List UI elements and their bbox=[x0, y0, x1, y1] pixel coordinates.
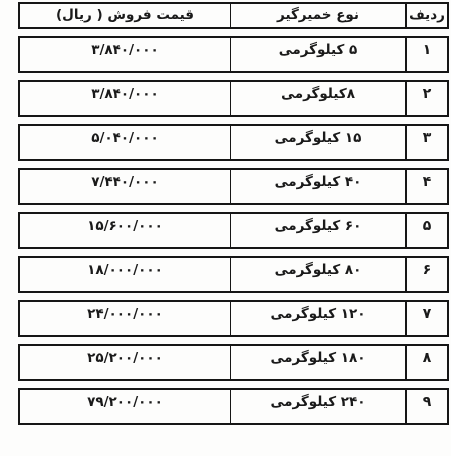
row-number-cell: ۱ bbox=[405, 38, 447, 71]
price-cell: ۲۵/۲۰۰/۰۰۰ bbox=[20, 346, 230, 379]
row-number-cell: ۷ bbox=[405, 302, 447, 335]
table-row: ۱ ۵ کیلوگرمی ۳/۸۴۰/۰۰۰ bbox=[18, 36, 449, 73]
mixer-type-cell: ۸کیلوگرمی bbox=[230, 82, 405, 115]
table-row: ۷ ۱۲۰ کیلوگرمی ۲۴/۰۰۰/۰۰۰ bbox=[18, 300, 449, 337]
scanned-price-table-page: ردیف نوع خمیرگیر قیمت فروش ( ریال) ۱ ۵ ک… bbox=[0, 0, 451, 456]
table-row: ۵ ۶۰ کیلوگرمی ۱۵/۶۰۰/۰۰۰ bbox=[18, 212, 449, 249]
price-cell: ۳/۸۴۰/۰۰۰ bbox=[20, 82, 230, 115]
mixer-type-cell: ۵ کیلوگرمی bbox=[230, 38, 405, 71]
mixer-type-cell: ۲۴۰ کیلوگرمی bbox=[230, 390, 405, 423]
price-cell: ۳/۸۴۰/۰۰۰ bbox=[20, 38, 230, 71]
table-row: ۳ ۱۵ کیلوگرمی ۵/۰۴۰/۰۰۰ bbox=[18, 124, 449, 161]
mixer-type-cell: ۱۸۰ کیلوگرمی bbox=[230, 346, 405, 379]
table-row: ۶ ۸۰ کیلوگرمی ۱۸/۰۰۰/۰۰۰ bbox=[18, 256, 449, 293]
table-row: ۹ ۲۴۰ کیلوگرمی ۷۹/۲۰۰/۰۰۰ bbox=[18, 388, 449, 425]
row-number-cell: ۶ bbox=[405, 258, 447, 291]
mixer-type-cell: ۸۰ کیلوگرمی bbox=[230, 258, 405, 291]
row-number-cell: ۵ bbox=[405, 214, 447, 247]
price-cell: ۷۹/۲۰۰/۰۰۰ bbox=[20, 390, 230, 423]
price-cell: ۲۴/۰۰۰/۰۰۰ bbox=[20, 302, 230, 335]
header-cell-mixer-type: نوع خمیرگیر bbox=[230, 4, 405, 27]
price-cell: ۷/۴۴۰/۰۰۰ bbox=[20, 170, 230, 203]
mixer-type-cell: ۱۲۰ کیلوگرمی bbox=[230, 302, 405, 335]
price-cell: ۱۵/۶۰۰/۰۰۰ bbox=[20, 214, 230, 247]
row-number-cell: ۹ bbox=[405, 390, 447, 423]
price-cell: ۵/۰۴۰/۰۰۰ bbox=[20, 126, 230, 159]
mixer-type-cell: ۴۰ کیلوگرمی bbox=[230, 170, 405, 203]
price-cell: ۱۸/۰۰۰/۰۰۰ bbox=[20, 258, 230, 291]
row-number-cell: ۲ bbox=[405, 82, 447, 115]
header-cell-sale-price: قیمت فروش ( ریال) bbox=[20, 4, 230, 27]
mixer-type-cell: ۱۵ کیلوگرمی bbox=[230, 126, 405, 159]
table-header-row: ردیف نوع خمیرگیر قیمت فروش ( ریال) bbox=[18, 2, 449, 29]
table-row: ۴ ۴۰ کیلوگرمی ۷/۴۴۰/۰۰۰ bbox=[18, 168, 449, 205]
table-row: ۸ ۱۸۰ کیلوگرمی ۲۵/۲۰۰/۰۰۰ bbox=[18, 344, 449, 381]
row-number-cell: ۴ bbox=[405, 170, 447, 203]
table-body: ۱ ۵ کیلوگرمی ۳/۸۴۰/۰۰۰ ۲ ۸کیلوگرمی ۳/۸۴۰… bbox=[18, 36, 449, 425]
table-row: ۲ ۸کیلوگرمی ۳/۸۴۰/۰۰۰ bbox=[18, 80, 449, 117]
mixer-type-cell: ۶۰ کیلوگرمی bbox=[230, 214, 405, 247]
row-number-cell: ۳ bbox=[405, 126, 447, 159]
row-number-cell: ۸ bbox=[405, 346, 447, 379]
header-cell-row-number: ردیف bbox=[405, 4, 447, 27]
price-table: ردیف نوع خمیرگیر قیمت فروش ( ریال) ۱ ۵ ک… bbox=[18, 2, 449, 425]
